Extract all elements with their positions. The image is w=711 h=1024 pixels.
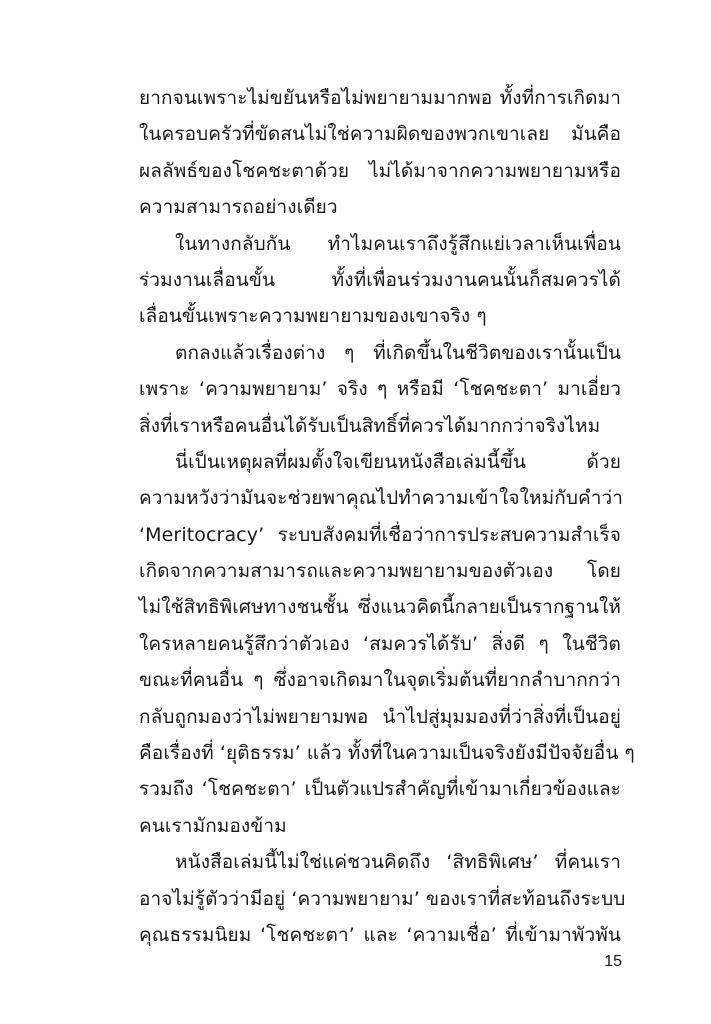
paragraph-start-line: นี่เป็นเหตุผลที่ผมตั้งใจเขียนหนังสือเล่ม… — [139, 444, 621, 480]
text-line: ความสามารถอย่างเดียว — [139, 189, 621, 225]
text-line: คือเรื่องที่ ‘ยุติธรรม’ แล้ว ทั้งที่ในคว… — [139, 735, 621, 771]
body-text: ยากจนเพราะไม่ขยันหรือไม่พยายามมากพอ ทั้ง… — [139, 80, 621, 953]
text-line: ผลลัพธ์ของโชคชะตาด้วย ไม่ได้มาจากความพยา… — [139, 153, 621, 189]
text-line: อาจไม่รู้ตัวว่ามีอยู่ ‘ความพยายาม’ ของเร… — [139, 881, 621, 917]
text-line: ความหวังว่ามันจะช่วยพาคุณไปทำความเข้าใจใ… — [139, 480, 621, 516]
text-line: ในครอบครัวที่ขัดสนไม่ใช่ความผิดของพวกเขา… — [139, 116, 621, 152]
text-line: สิ่งที่เราหรือคนอื่นได้รับเป็นสิทธิ์ที่ค… — [139, 408, 621, 444]
text-line: เกิดจากความสามารถและความพยายามของตัวเอง … — [139, 553, 621, 589]
text-line: กลับถูกมองว่าไม่พยายามพอ นำไปสู่มุมมองที… — [139, 699, 621, 735]
text-line: คนเรามักมองข้าม — [139, 808, 621, 844]
paragraph-start-line: ตกลงแล้วเรื่องต่าง ๆ ที่เกิดขึ้นในชีวิตข… — [139, 335, 621, 371]
paragraph-start-line: หนังสือเล่มนี้ไม่ใช่แค่ชวนคิดถึง ‘สิทธิพ… — [139, 844, 621, 880]
text-line: ยากจนเพราะไม่ขยันหรือไม่พยายามมากพอ ทั้ง… — [139, 80, 621, 116]
text-line: ใครหลายคนรู้สึกว่าตัวเอง ‘สมควรได้รับ’ ส… — [139, 626, 621, 662]
text-line: ร่วมงานเลื่อนขั้น ทั้งที่เพื่อนร่วมงานคน… — [139, 262, 621, 298]
text-line: ไม่ใช้สิทธิพิเศษทางชนชั้น ซึ่งแนวคิดนี้ก… — [139, 589, 621, 625]
text-line: เพราะ ‘ความพยายาม’ จริง ๆ หรือมี ‘โชคชะต… — [139, 371, 621, 407]
text-line: รวมถึง ‘โชคชะตา’ เป็นตัวแปรสำคัญที่เข้าม… — [139, 771, 621, 807]
page-number: 15 — [590, 953, 622, 971]
text-line: คุณธรรมนิยม ‘โชคชะตา’ และ ‘ความเชื่อ’ ที… — [139, 917, 621, 953]
text-line: ‘Meritocracy’ ระบบสังคมที่เชื่อว่าการประ… — [139, 517, 621, 553]
text-line: เลื่อนขั้นเพราะความพยายามของเขาจริง ๆ — [139, 298, 621, 334]
book-page: ยากจนเพราะไม่ขยันหรือไม่พยายามมากพอ ทั้ง… — [0, 0, 711, 1024]
text-line: ขณะที่คนอื่น ๆ ซึ่งอาจเกิดมาในจุดเริ่มต้… — [139, 662, 621, 698]
paragraph-start-line: ในทางกลับกัน ทำไมคนเราถึงรู้สึกแย่เวลาเห… — [139, 226, 621, 262]
